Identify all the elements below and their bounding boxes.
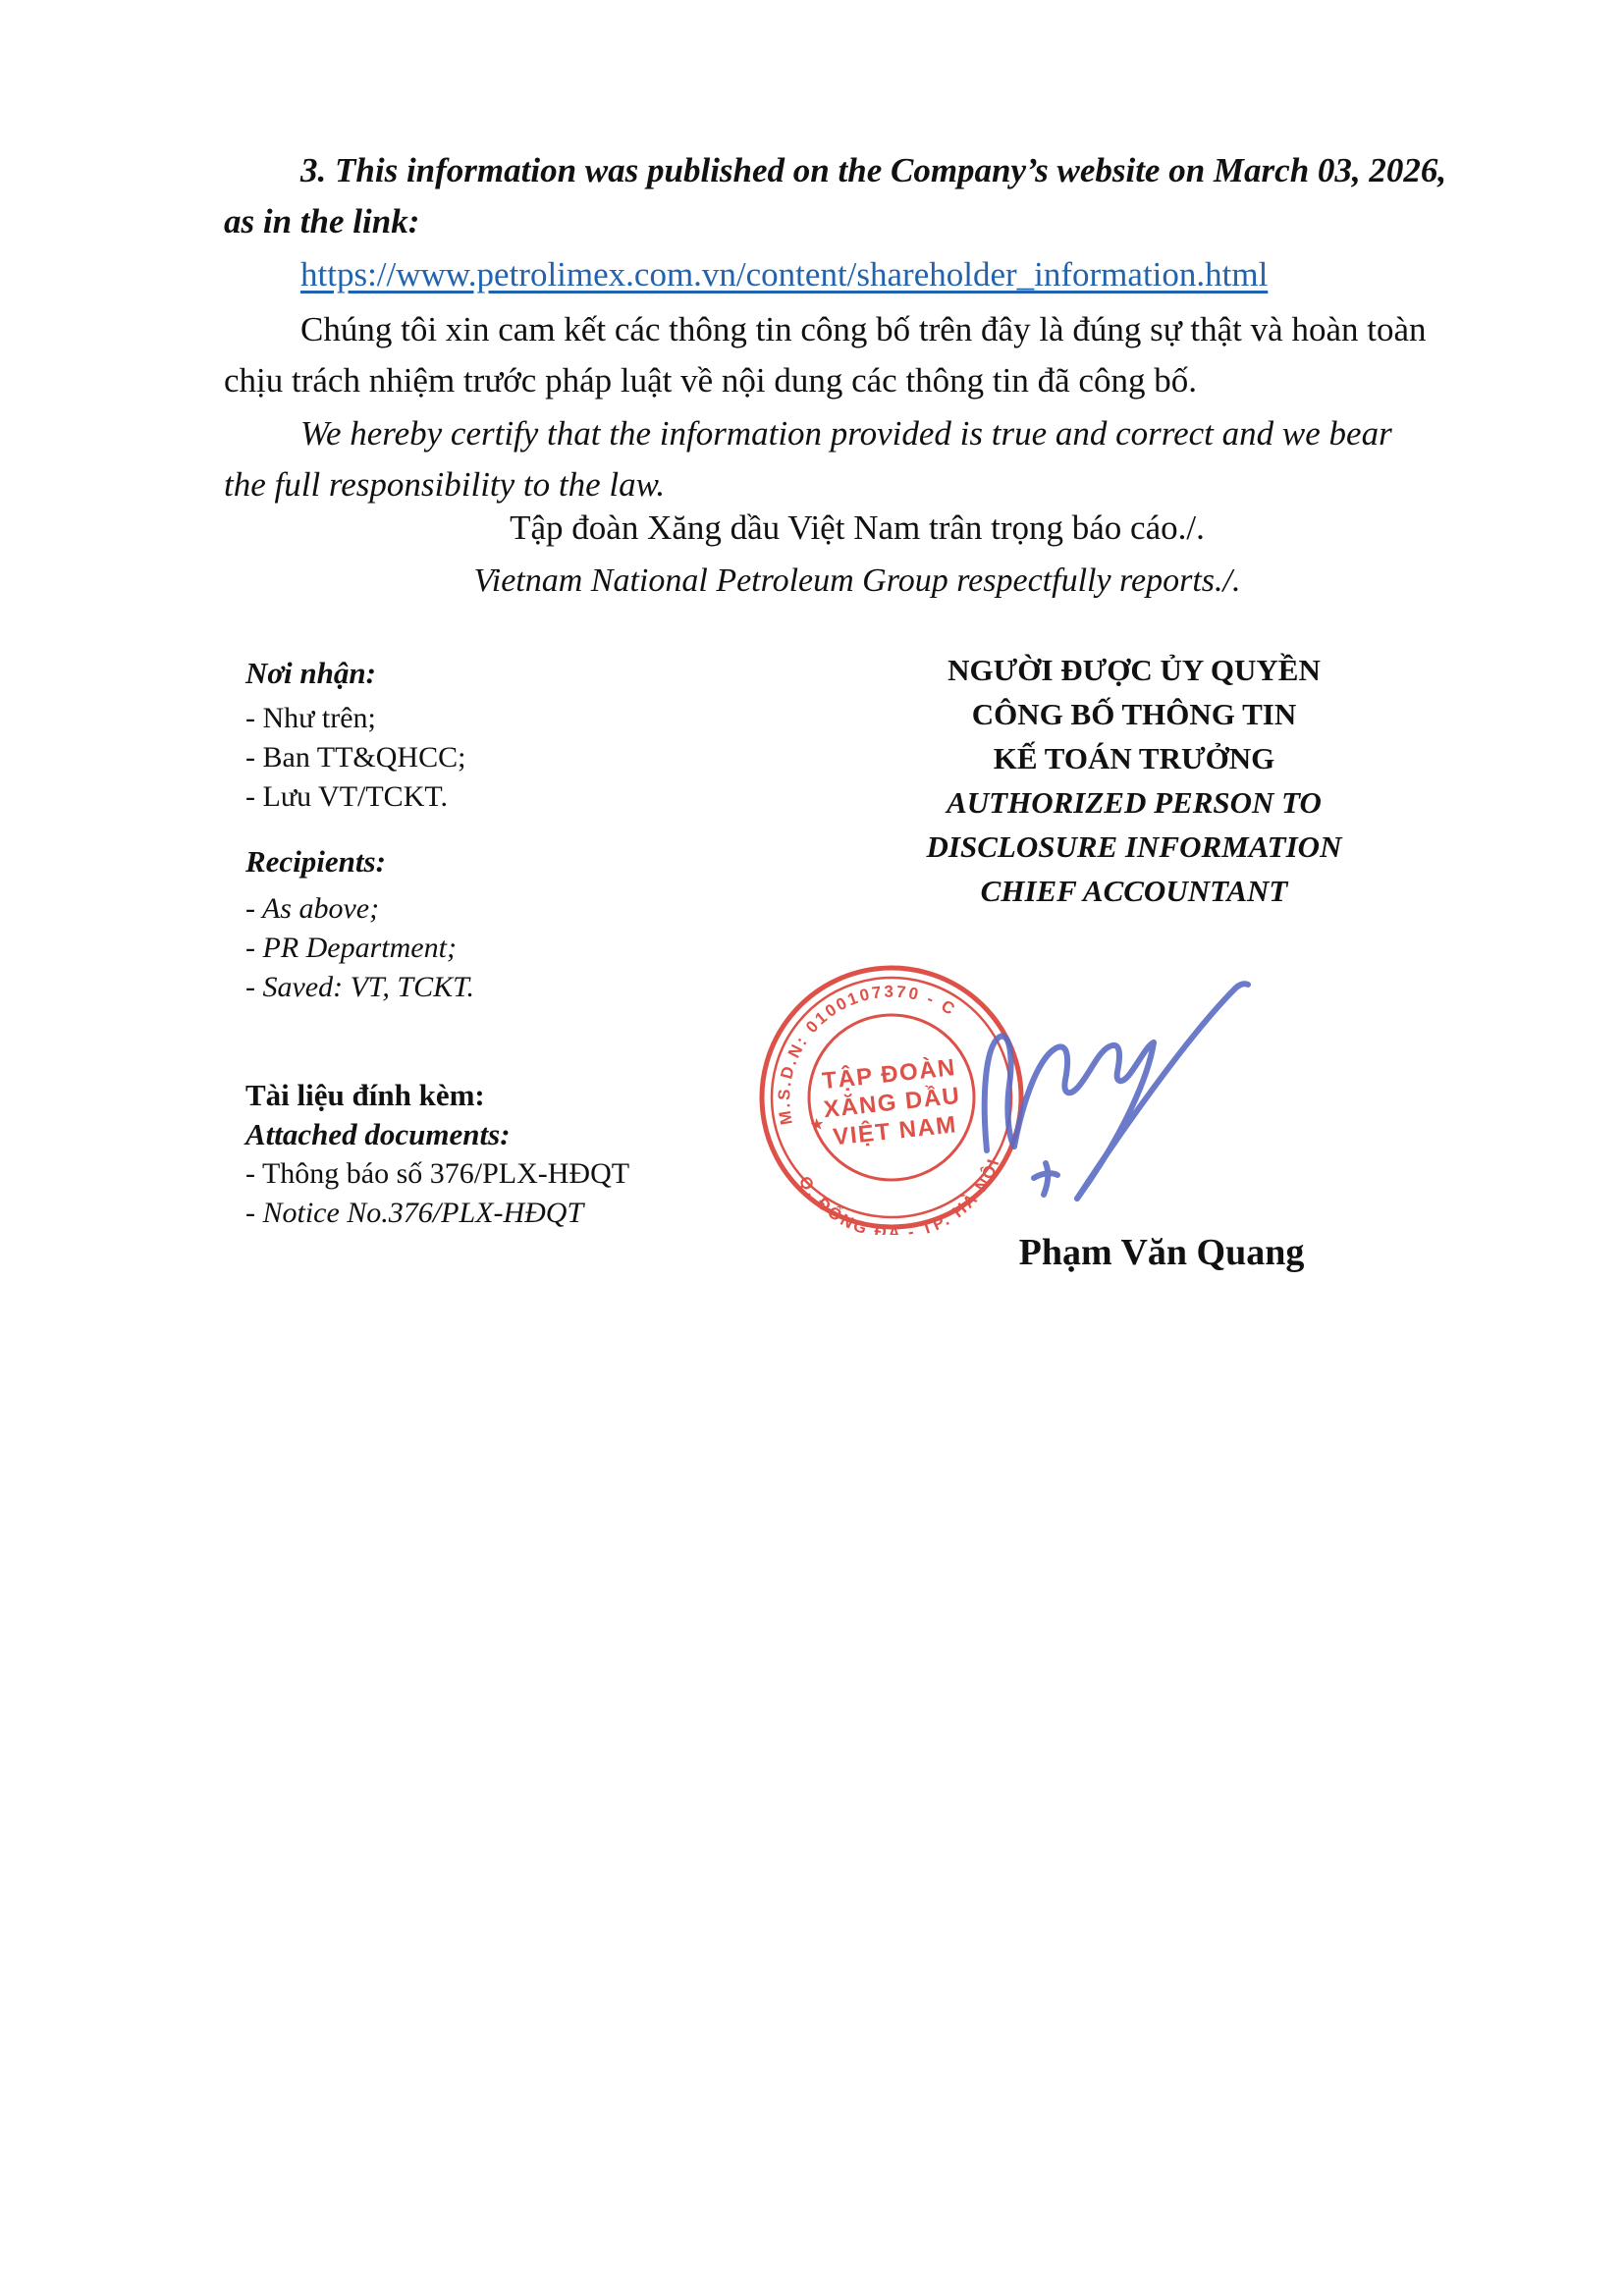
paragraph-published: 3. This information was published on the… bbox=[224, 145, 1490, 247]
recipients-en-item-2: - PR Department; bbox=[245, 929, 756, 968]
report-line-en: Vietnam National Petroleum Group respect… bbox=[224, 556, 1490, 607]
paragraph-commitment-vi: Chúng tôi xin cam kết các thông tin công… bbox=[224, 304, 1490, 406]
recipients-vi-item-1: - Như trên; bbox=[245, 699, 756, 738]
paragraph-published-line2: as in the link: bbox=[224, 196, 1490, 247]
paragraph-commitment-en-line1: We hereby certify that the information p… bbox=[224, 408, 1490, 459]
paragraph-commitment-en: We hereby certify that the information p… bbox=[224, 408, 1490, 510]
recipients-vi-item-3: - Lưu VT/TCKT. bbox=[245, 777, 756, 817]
signature-strokes-graphic bbox=[967, 977, 1262, 1222]
recipients-en-block: Recipients: - As above; - PR Department;… bbox=[245, 842, 756, 1007]
signatory-title-en-1: AUTHORIZED PERSON TO bbox=[879, 780, 1389, 825]
recipients-vi-block: Nơi nhận: - Như trên; - Ban TT&QHCC; - L… bbox=[245, 654, 756, 817]
signatory-title-vi-3: KẾ TOÁN TRƯỞNG bbox=[879, 736, 1389, 780]
paragraph-commitment-vi-line1: Chúng tôi xin cam kết các thông tin công… bbox=[224, 304, 1490, 355]
document-page: 3. This information was published on the… bbox=[0, 0, 1624, 2296]
attachments-item-en: - Notice No.376/PLX-HĐQT bbox=[245, 1194, 795, 1233]
handwritten-signature bbox=[967, 977, 1262, 1222]
recipients-vi-item-2: - Ban TT&QHCC; bbox=[245, 738, 756, 777]
signatory-title-block: NGƯỜI ĐƯỢC ỦY QUYỀN CÔNG BỐ THÔNG TIN KẾ… bbox=[879, 648, 1389, 913]
attachments-item-vi: - Thông báo số 376/PLX-HĐQT bbox=[245, 1154, 795, 1194]
link-row: https://www.petrolimex.com.vn/content/sh… bbox=[300, 249, 1268, 300]
signer-name: Phạm Văn Quang bbox=[965, 1231, 1358, 1274]
recipients-en-heading: Recipients: bbox=[245, 842, 756, 881]
signatory-title-en-3: CHIEF ACCOUNTANT bbox=[879, 869, 1389, 913]
signatory-title-vi-2: CÔNG BỐ THÔNG TIN bbox=[879, 692, 1389, 736]
report-line-vi: Tập đoàn Xăng dầu Việt Nam trân trọng bá… bbox=[224, 503, 1490, 554]
recipients-en-item-3: - Saved: VT, TCKT. bbox=[245, 968, 756, 1007]
attachments-heading-en: Attached documents: bbox=[245, 1115, 795, 1154]
signatory-title-vi-1: NGƯỜI ĐƯỢC ỦY QUYỀN bbox=[879, 648, 1389, 692]
recipients-en-item-1: - As above; bbox=[245, 889, 756, 929]
attachments-block: Tài liệu đính kèm: Attached documents: -… bbox=[245, 1076, 795, 1233]
paragraph-published-line1: 3. This information was published on the… bbox=[224, 145, 1490, 196]
attachments-heading-vi: Tài liệu đính kèm: bbox=[245, 1076, 795, 1115]
signatory-title-en-2: DISCLOSURE INFORMATION bbox=[879, 825, 1389, 869]
recipients-vi-heading: Nơi nhận: bbox=[245, 654, 756, 693]
shareholder-information-link[interactable]: https://www.petrolimex.com.vn/content/sh… bbox=[300, 255, 1268, 294]
paragraph-commitment-vi-line2: chịu trách nhiệm trước pháp luật về nội … bbox=[224, 355, 1490, 406]
